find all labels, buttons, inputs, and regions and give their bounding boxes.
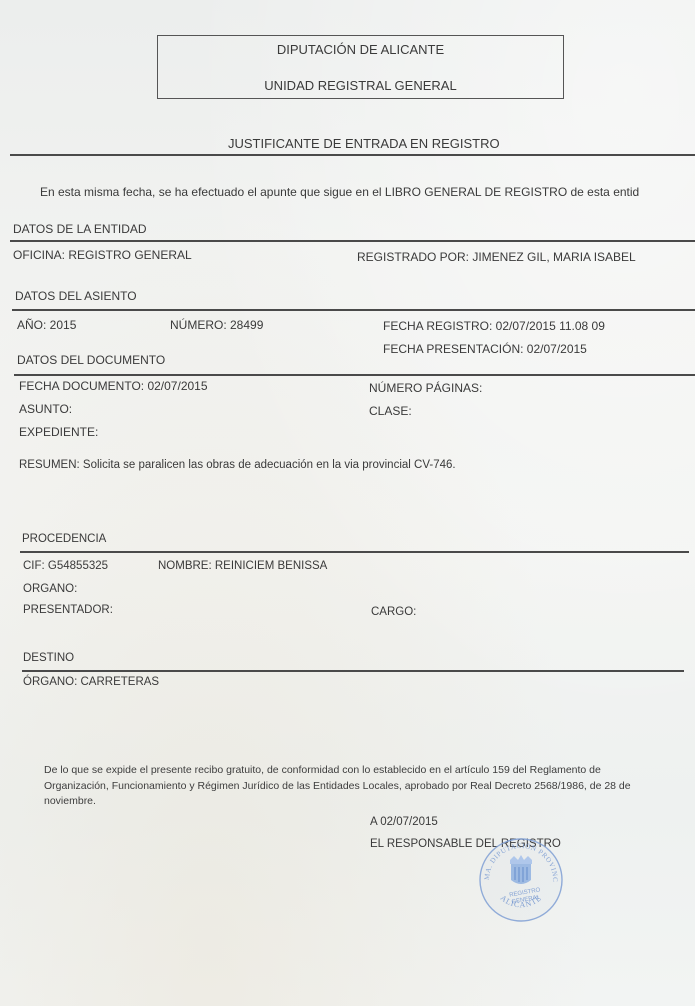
fecha-documento-field: FECHA DOCUMENTO: 02/07/2015 [19, 379, 208, 393]
document-title: JUSTIFICANTE DE ENTRADA EN REGISTRO [228, 136, 500, 151]
organization-name: DIPUTACIÓN DE ALICANTE [158, 42, 563, 57]
legal-text: De lo que se expide el presente recibo g… [44, 763, 664, 810]
unit-name: UNIDAD REGISTRAL GENERAL [158, 78, 563, 93]
organo-procedencia-field: ORGANO: [23, 583, 77, 595]
organo-destino-field: ÓRGANO: CARRETERAS [23, 676, 159, 688]
destino-rule [22, 670, 684, 672]
entidad-rule [10, 240, 695, 242]
resumen-field: RESUMEN: Solicita se paralicen las obras… [19, 459, 456, 471]
asiento-rule [12, 309, 695, 311]
presentador-field: PRESENTADOR: [23, 604, 113, 616]
official-stamp: EXCMA. DIPUTACIÓN PROVINCIAL REGISTRO GE… [477, 836, 565, 924]
cargo-field: CARGO: [371, 606, 416, 618]
header-box: DIPUTACIÓN DE ALICANTE UNIDAD REGISTRAL … [157, 35, 564, 99]
numero-field: NÚMERO: 28499 [170, 318, 263, 332]
fecha-presentacion-field: FECHA PRESENTACIÓN: 02/07/2015 [383, 342, 587, 356]
section-heading-procedencia: PROCEDENCIA [22, 533, 106, 545]
expediente-field: EXPEDIENTE: [19, 425, 98, 439]
title-rule [10, 154, 695, 156]
issue-date: A 02/07/2015 [370, 816, 438, 828]
intro-text: En esta misma fecha, se ha efectuado el … [40, 185, 639, 199]
clase-field: CLASE: [369, 404, 412, 418]
registrado-por-field: REGISTRADO POR: JIMENEZ GIL, MARIA ISABE… [357, 250, 636, 264]
stamp-seal-icon: EXCMA. DIPUTACIÓN PROVINCIAL REGISTRO GE… [477, 836, 565, 924]
section-heading-asiento: DATOS DEL ASIENTO [15, 289, 137, 303]
nombre-field: NOMBRE: REINICIEM BENISSA [158, 560, 327, 572]
anio-field: AÑO: 2015 [17, 318, 76, 332]
numero-paginas-field: NÚMERO PÁGINAS: [369, 381, 482, 395]
cif-field: CIF: G54855325 [23, 560, 108, 572]
section-heading-destino: DESTINO [23, 652, 74, 664]
procedencia-rule [20, 551, 689, 553]
oficina-field: OFICINA: REGISTRO GENERAL [13, 248, 192, 262]
section-heading-entidad: DATOS DE LA ENTIDAD [13, 222, 147, 236]
fecha-registro-field: FECHA REGISTRO: 02/07/2015 11.08 09 [383, 319, 605, 333]
documento-rule [14, 374, 695, 376]
asunto-field: ASUNTO: [19, 402, 72, 416]
section-heading-documento: DATOS DEL DOCUMENTO [17, 353, 165, 367]
